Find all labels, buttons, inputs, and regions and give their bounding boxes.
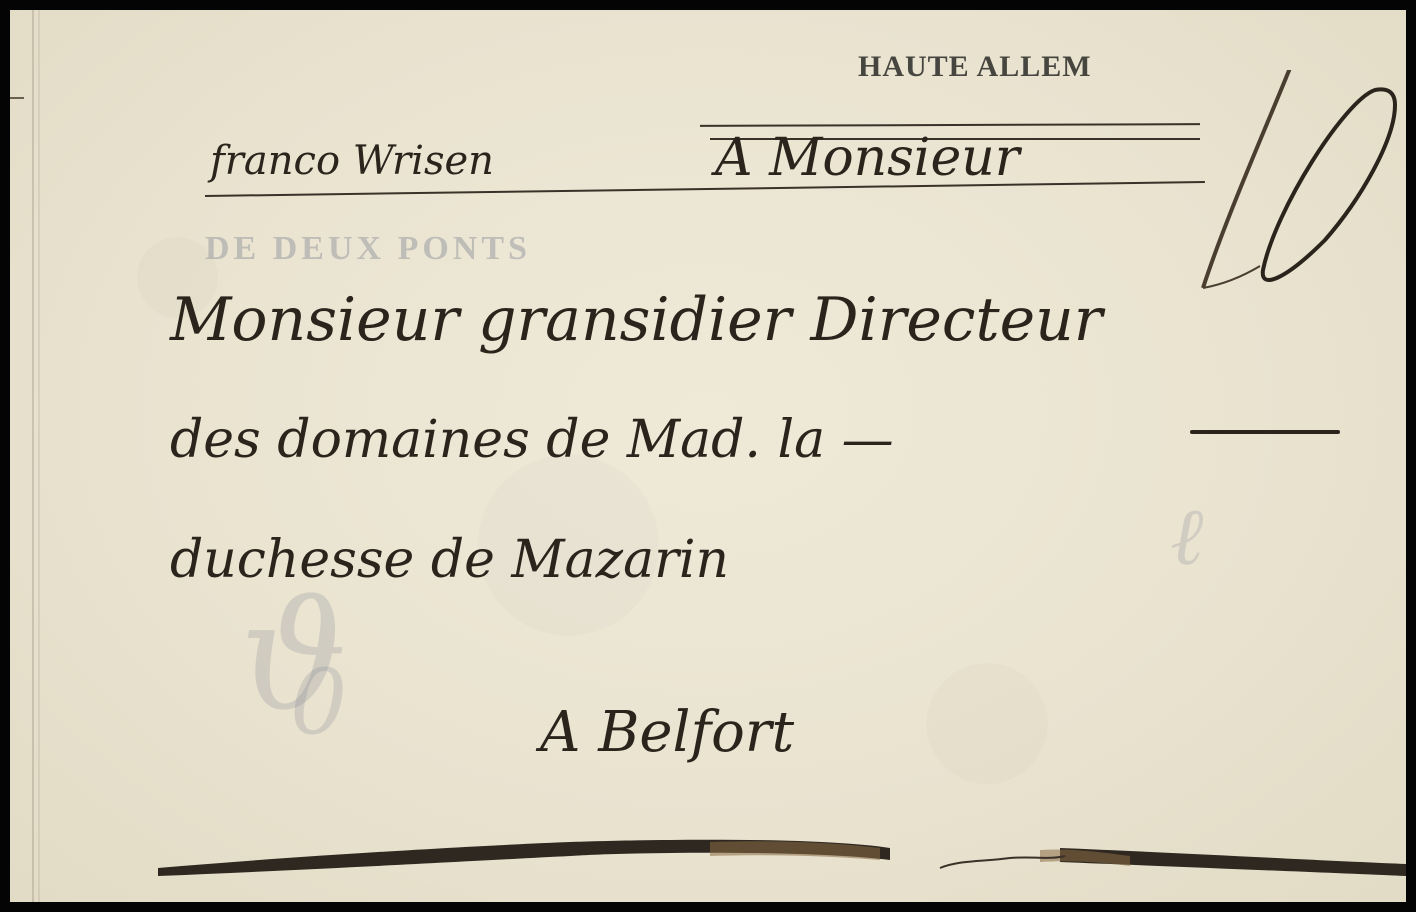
- manuscript-rate-mark: 10: [1185, 70, 1405, 300]
- address-line-3: duchesse de Mazarin: [170, 530, 729, 590]
- fold-line: [32, 10, 34, 902]
- show-through-ink: ℓ: [1170, 490, 1203, 584]
- address-line-1: Monsieur gransidier Directeur: [170, 285, 1102, 355]
- letter-paper: ϑ 0 ℓ HAUTE ALLEM DE DEUX PONTS franco W…: [10, 10, 1406, 902]
- continuation-dash: [1190, 430, 1340, 434]
- black-scan-frame: ϑ 0 ℓ HAUTE ALLEM DE DEUX PONTS franco W…: [0, 0, 1416, 912]
- franco-annotation: franco Wrisen: [210, 138, 494, 184]
- fold-line-inner: [38, 10, 40, 902]
- show-through-ink: 0: [290, 650, 347, 755]
- edge-mark: [10, 97, 24, 99]
- haute-allemagne-handstamp: HAUTE ALLEM: [858, 50, 1092, 84]
- salutation-a-monsieur: A Monsieur: [715, 128, 1020, 188]
- rate-value: 10: [1185, 70, 1201, 74]
- destination-line: A Belfort: [540, 700, 794, 765]
- deux-ponts-handstamp: DE DEUX PONTS: [205, 230, 531, 268]
- strikethrough-line: [700, 123, 1200, 127]
- address-line-2: des domaines de Mad. la —: [170, 410, 894, 470]
